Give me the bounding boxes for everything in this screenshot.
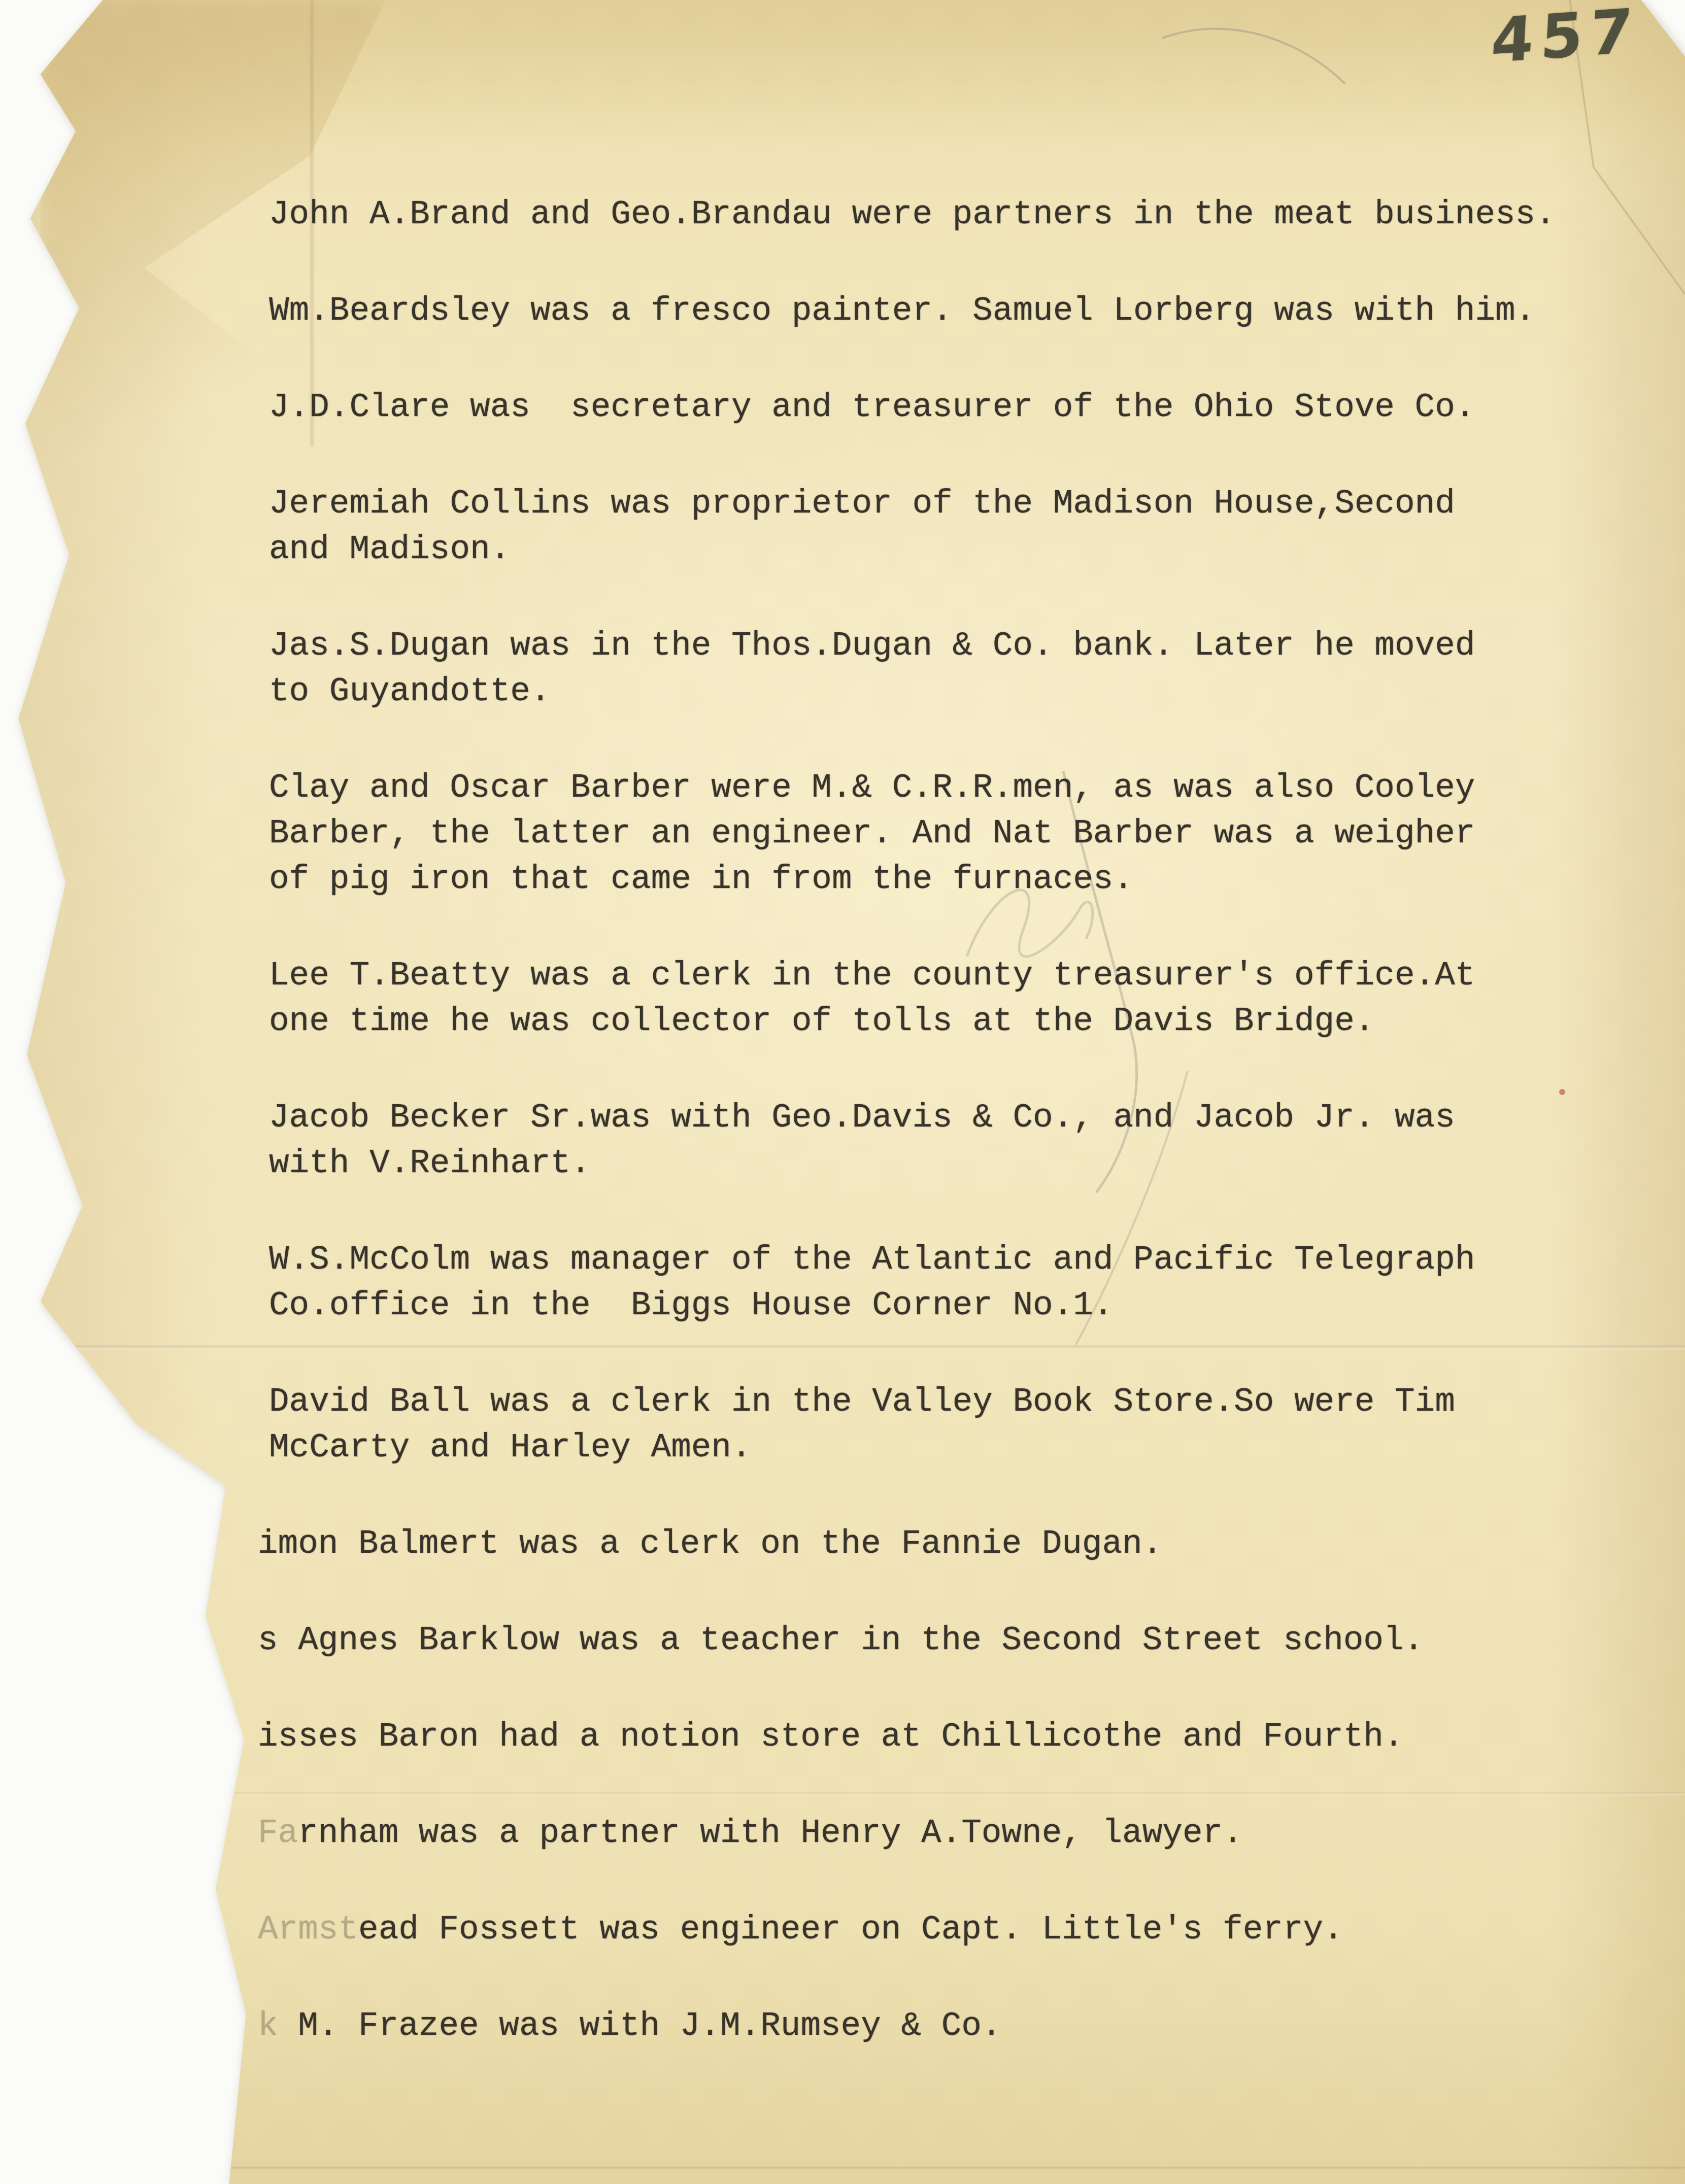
typed-line: Farnham was a partner with Henry A.Towne… bbox=[258, 1811, 1629, 1856]
typed-line: and Madison. bbox=[269, 527, 1629, 572]
paper-sheet: 457 John A.Brand and Geo.Brandau were pa… bbox=[0, 0, 1685, 2184]
paragraph: David Ball was a clerk in the Valley Boo… bbox=[269, 1379, 1629, 1471]
typed-line: Jacob Becker Sr.was with Geo.Davis & Co.… bbox=[269, 1095, 1629, 1141]
typed-line: J.D.Clare was secretary and treasurer of… bbox=[269, 385, 1629, 430]
paragraph-torn: k M. Frazee was with J.M.Rumsey & Co. bbox=[258, 2003, 1629, 2049]
sheet-edge bbox=[229, 2167, 1685, 2169]
stain bbox=[0, 0, 1685, 142]
paragraph-torn: imon Balmert was a clerk on the Fannie D… bbox=[258, 1521, 1629, 1567]
typed-text-block: John A.Brand and Geo.Brandau were partne… bbox=[269, 192, 1629, 2100]
typed-line: McCarty and Harley Amen. bbox=[269, 1425, 1629, 1471]
faded-text-fragment: Armst bbox=[258, 1910, 358, 1949]
typed-line: John A.Brand and Geo.Brandau were partne… bbox=[269, 192, 1629, 237]
paragraph: Wm.Beardsley was a fresco painter. Samue… bbox=[269, 288, 1629, 334]
typed-line: David Ball was a clerk in the Valley Boo… bbox=[269, 1379, 1629, 1425]
typed-line: Co.office in the Biggs House Corner No.1… bbox=[269, 1283, 1629, 1328]
typed-line: W.S.McColm was manager of the Atlantic a… bbox=[269, 1237, 1629, 1283]
paragraph: Jacob Becker Sr.was with Geo.Davis & Co.… bbox=[269, 1095, 1629, 1186]
typed-text: rnham was a partner with Henry A.Towne, … bbox=[298, 1814, 1243, 1852]
paragraph-torn: Armstead Fossett was engineer on Capt. L… bbox=[258, 1907, 1629, 1953]
typed-line: imon Balmert was a clerk on the Fannie D… bbox=[258, 1521, 1629, 1567]
typed-line: s Agnes Barklow was a teacher in the Sec… bbox=[258, 1618, 1629, 1663]
faded-text-fragment: k bbox=[258, 2007, 298, 2045]
page-number-handwritten: 457 bbox=[1490, 0, 1641, 77]
typed-line: of pig iron that came in from the furnac… bbox=[269, 857, 1629, 902]
typed-line: to Guyandotte. bbox=[269, 669, 1629, 714]
paper-surface: 457 John A.Brand and Geo.Brandau were pa… bbox=[0, 0, 1685, 2184]
paragraph: W.S.McColm was manager of the Atlantic a… bbox=[269, 1237, 1629, 1328]
typed-line: Jeremiah Collins was proprietor of the M… bbox=[269, 481, 1629, 527]
typed-line: Jas.S.Dugan was in the Thos.Dugan & Co. … bbox=[269, 623, 1629, 669]
typed-line: Lee T.Beatty was a clerk in the county t… bbox=[269, 953, 1629, 999]
typed-line: Wm.Beardsley was a fresco painter. Samue… bbox=[269, 288, 1629, 334]
typed-line: k M. Frazee was with J.M.Rumsey & Co. bbox=[258, 2003, 1629, 2049]
paragraph: J.D.Clare was secretary and treasurer of… bbox=[269, 385, 1629, 430]
typed-text: ead Fossett was engineer on Capt. Little… bbox=[358, 1910, 1343, 1949]
typed-line: Armstead Fossett was engineer on Capt. L… bbox=[258, 1907, 1629, 1953]
paragraph: John A.Brand and Geo.Brandau were partne… bbox=[269, 192, 1629, 237]
paragraph: Clay and Oscar Barber were M.& C.R.R.men… bbox=[269, 765, 1629, 902]
paragraph: Jas.S.Dugan was in the Thos.Dugan & Co. … bbox=[269, 623, 1629, 714]
typed-line: Barber, the latter an engineer. And Nat … bbox=[269, 811, 1629, 857]
typed-line: Clay and Oscar Barber were M.& C.R.R.men… bbox=[269, 765, 1629, 811]
typed-text: M. Frazee was with J.M.Rumsey & Co. bbox=[298, 2007, 1001, 2045]
faded-text-fragment: Fa bbox=[258, 1814, 298, 1852]
stain bbox=[0, 0, 213, 2184]
typed-line: isses Baron had a notion store at Chilli… bbox=[258, 1714, 1629, 1760]
paragraph: Lee T.Beatty was a clerk in the county t… bbox=[269, 953, 1629, 1044]
typed-line: with V.Reinhart. bbox=[269, 1141, 1629, 1186]
paragraph-torn: isses Baron had a notion store at Chilli… bbox=[258, 1714, 1629, 1760]
typed-line: one time he was collector of tolls at th… bbox=[269, 999, 1629, 1044]
scanned-document: { "document": { "page_number": "457", "p… bbox=[0, 0, 1685, 2184]
paragraph-torn: Farnham was a partner with Henry A.Towne… bbox=[258, 1811, 1629, 1856]
paragraph: Jeremiah Collins was proprietor of the M… bbox=[269, 481, 1629, 572]
paragraph-torn: s Agnes Barklow was a teacher in the Sec… bbox=[258, 1618, 1629, 1663]
